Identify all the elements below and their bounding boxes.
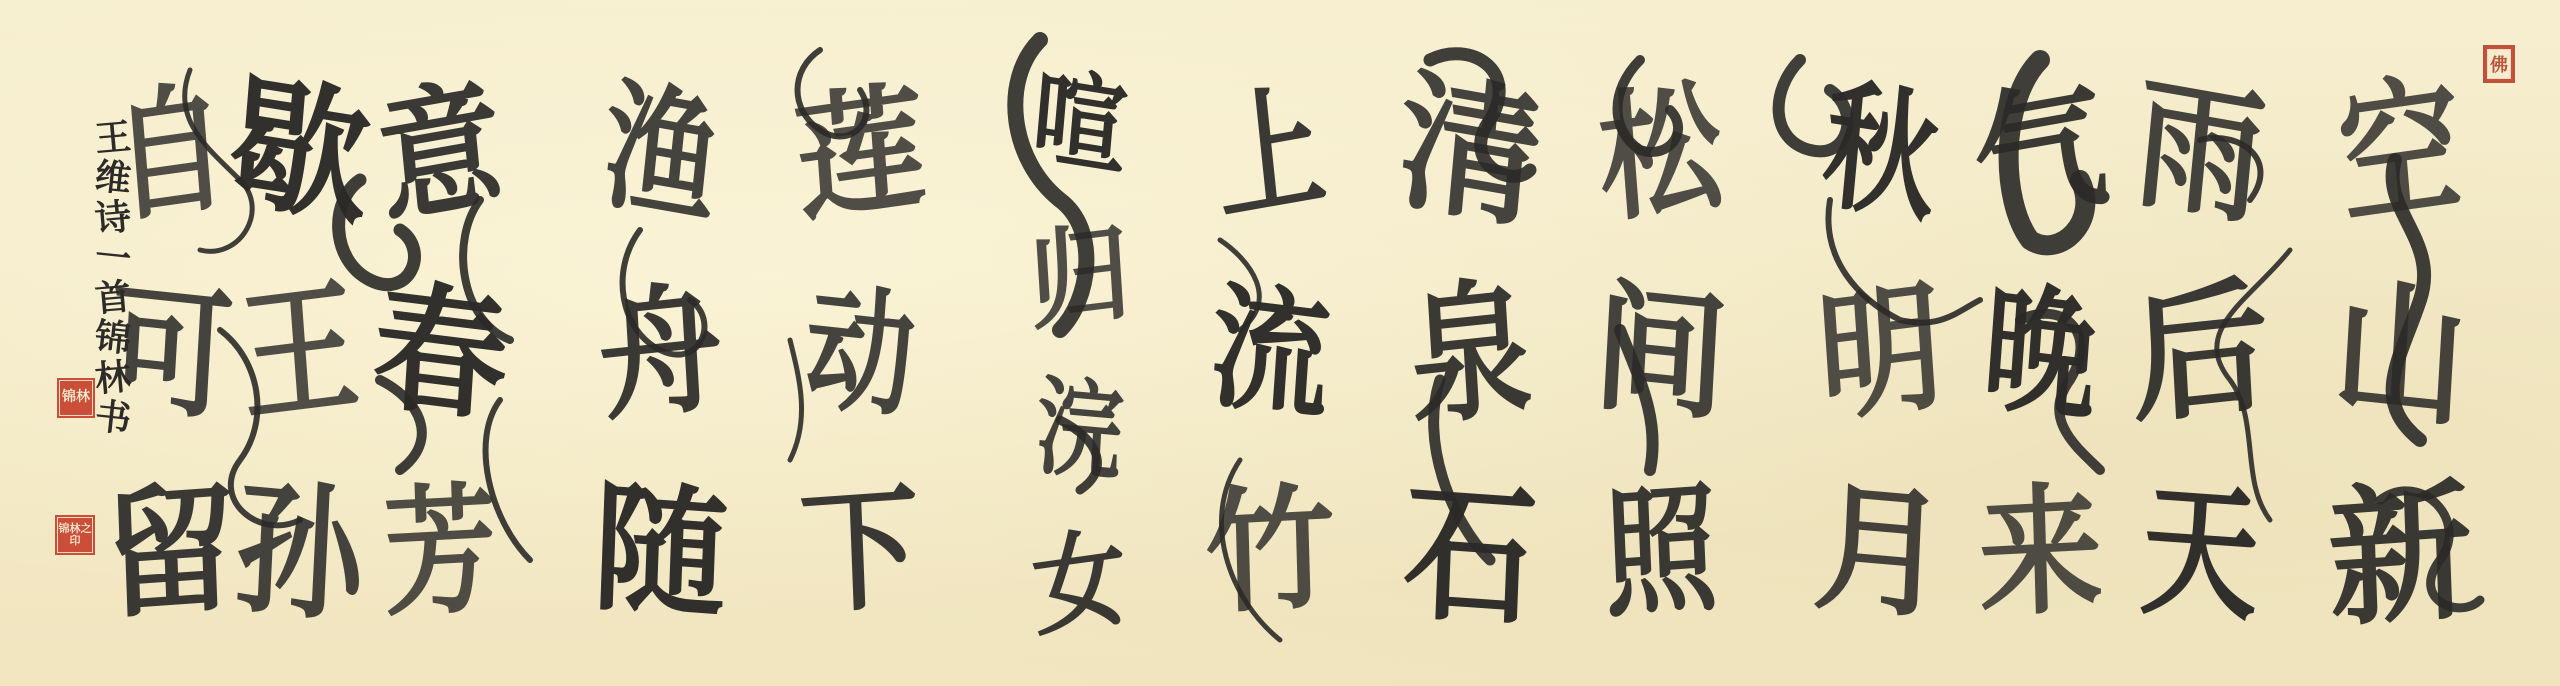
calligraphy-character: 山 (2330, 271, 2471, 434)
poem-column: 清泉石 (1375, 0, 1565, 686)
calligraphy-character: 月 (1810, 477, 1950, 628)
poem-column: 秋明月 (1790, 0, 1970, 686)
name-seal-1: 锦林 (57, 378, 95, 418)
calligraphy-character: 天 (2139, 478, 2262, 631)
calligraphy-character: 竹 (1203, 481, 1336, 622)
poem-column: 雨后天 (2108, 0, 2293, 686)
calligraphy-character: 女 (1029, 523, 1131, 642)
calligraphy-character: 舟 (594, 277, 725, 429)
inscription-column: 王维诗一首锦林书 (95, 120, 131, 540)
calligraphy-character: 晚 (1979, 276, 2101, 429)
calligraphy-character: 空 (2334, 68, 2466, 234)
inscription-character: 林 (93, 358, 132, 397)
calligraphy-character: 莲 (791, 78, 929, 231)
calligraphy-character: 渔 (597, 74, 723, 233)
calligraphy-character: 间 (1589, 276, 1730, 430)
calligraphy-character: 气 (1968, 72, 2113, 235)
inscription-character: 一 (93, 238, 133, 278)
calligraphy-character: 随 (590, 478, 729, 627)
calligraphy-character: 流 (1206, 278, 1334, 427)
poem-column: 喧归浣女 (995, 0, 1165, 686)
inscription-character: 锦 (93, 318, 133, 358)
name-seal-2: 锦林之印 (55, 515, 95, 555)
head-seal-text: 佛 (2490, 51, 2508, 77)
calligraphy-character: 照 (1601, 479, 1720, 626)
inscription-character: 首 (93, 278, 132, 317)
inscription-character: 书 (93, 398, 133, 438)
calligraphy-character: 清 (1392, 64, 1547, 239)
poem-column: 渔舟随 (570, 0, 750, 686)
poem-column: 上流竹 (1183, 0, 1358, 686)
name-seal-1-text: 锦林 (62, 390, 90, 405)
inscription-character: 王 (93, 118, 132, 157)
inscription-character: 诗 (93, 198, 132, 237)
calligraphy-character: 浣 (1034, 373, 1125, 487)
calligraphy-character: 松 (1593, 75, 1726, 232)
calligraphy-character: 归 (1026, 217, 1134, 336)
calligraphy-character: 石 (1401, 476, 1539, 635)
poem-column: 空山新 (2305, 0, 2495, 686)
poem-column: 气晚来 (1950, 0, 2130, 686)
poem-column: 松间照 (1570, 0, 1750, 686)
calligraphy-character: 秋 (1818, 75, 1943, 232)
calligraphy-character: 上 (1209, 78, 1330, 231)
calligraphy-character: 下 (798, 480, 922, 623)
calligraphy-character: 动 (802, 280, 919, 426)
calligraphy-character: 芳 (381, 480, 498, 626)
inscription-character: 维 (93, 158, 133, 198)
poem-column: 莲动下 (773, 0, 948, 686)
calligraphy-character: 泉 (1405, 272, 1535, 434)
calligraphy-character: 雨 (2130, 69, 2270, 236)
calligraphy-character: 意 (372, 73, 507, 234)
name-seal-2-text: 锦林之印 (57, 523, 93, 547)
calligraphy-character: 后 (2127, 273, 2273, 432)
head-seal: 佛 (2483, 45, 2515, 83)
calligraphy-character: 明 (1814, 276, 1946, 431)
calligraphy-character: 来 (1976, 480, 2104, 626)
calligraphy-character: 新 (2326, 475, 2475, 635)
calligraphy-scroll: 空山新雨后天气晚来秋明月松间照清泉石上流竹喧归浣女莲动下渔舟随意春芳歇王孙自可留… (0, 0, 2560, 686)
calligraphy-character: 喧 (1029, 62, 1131, 183)
